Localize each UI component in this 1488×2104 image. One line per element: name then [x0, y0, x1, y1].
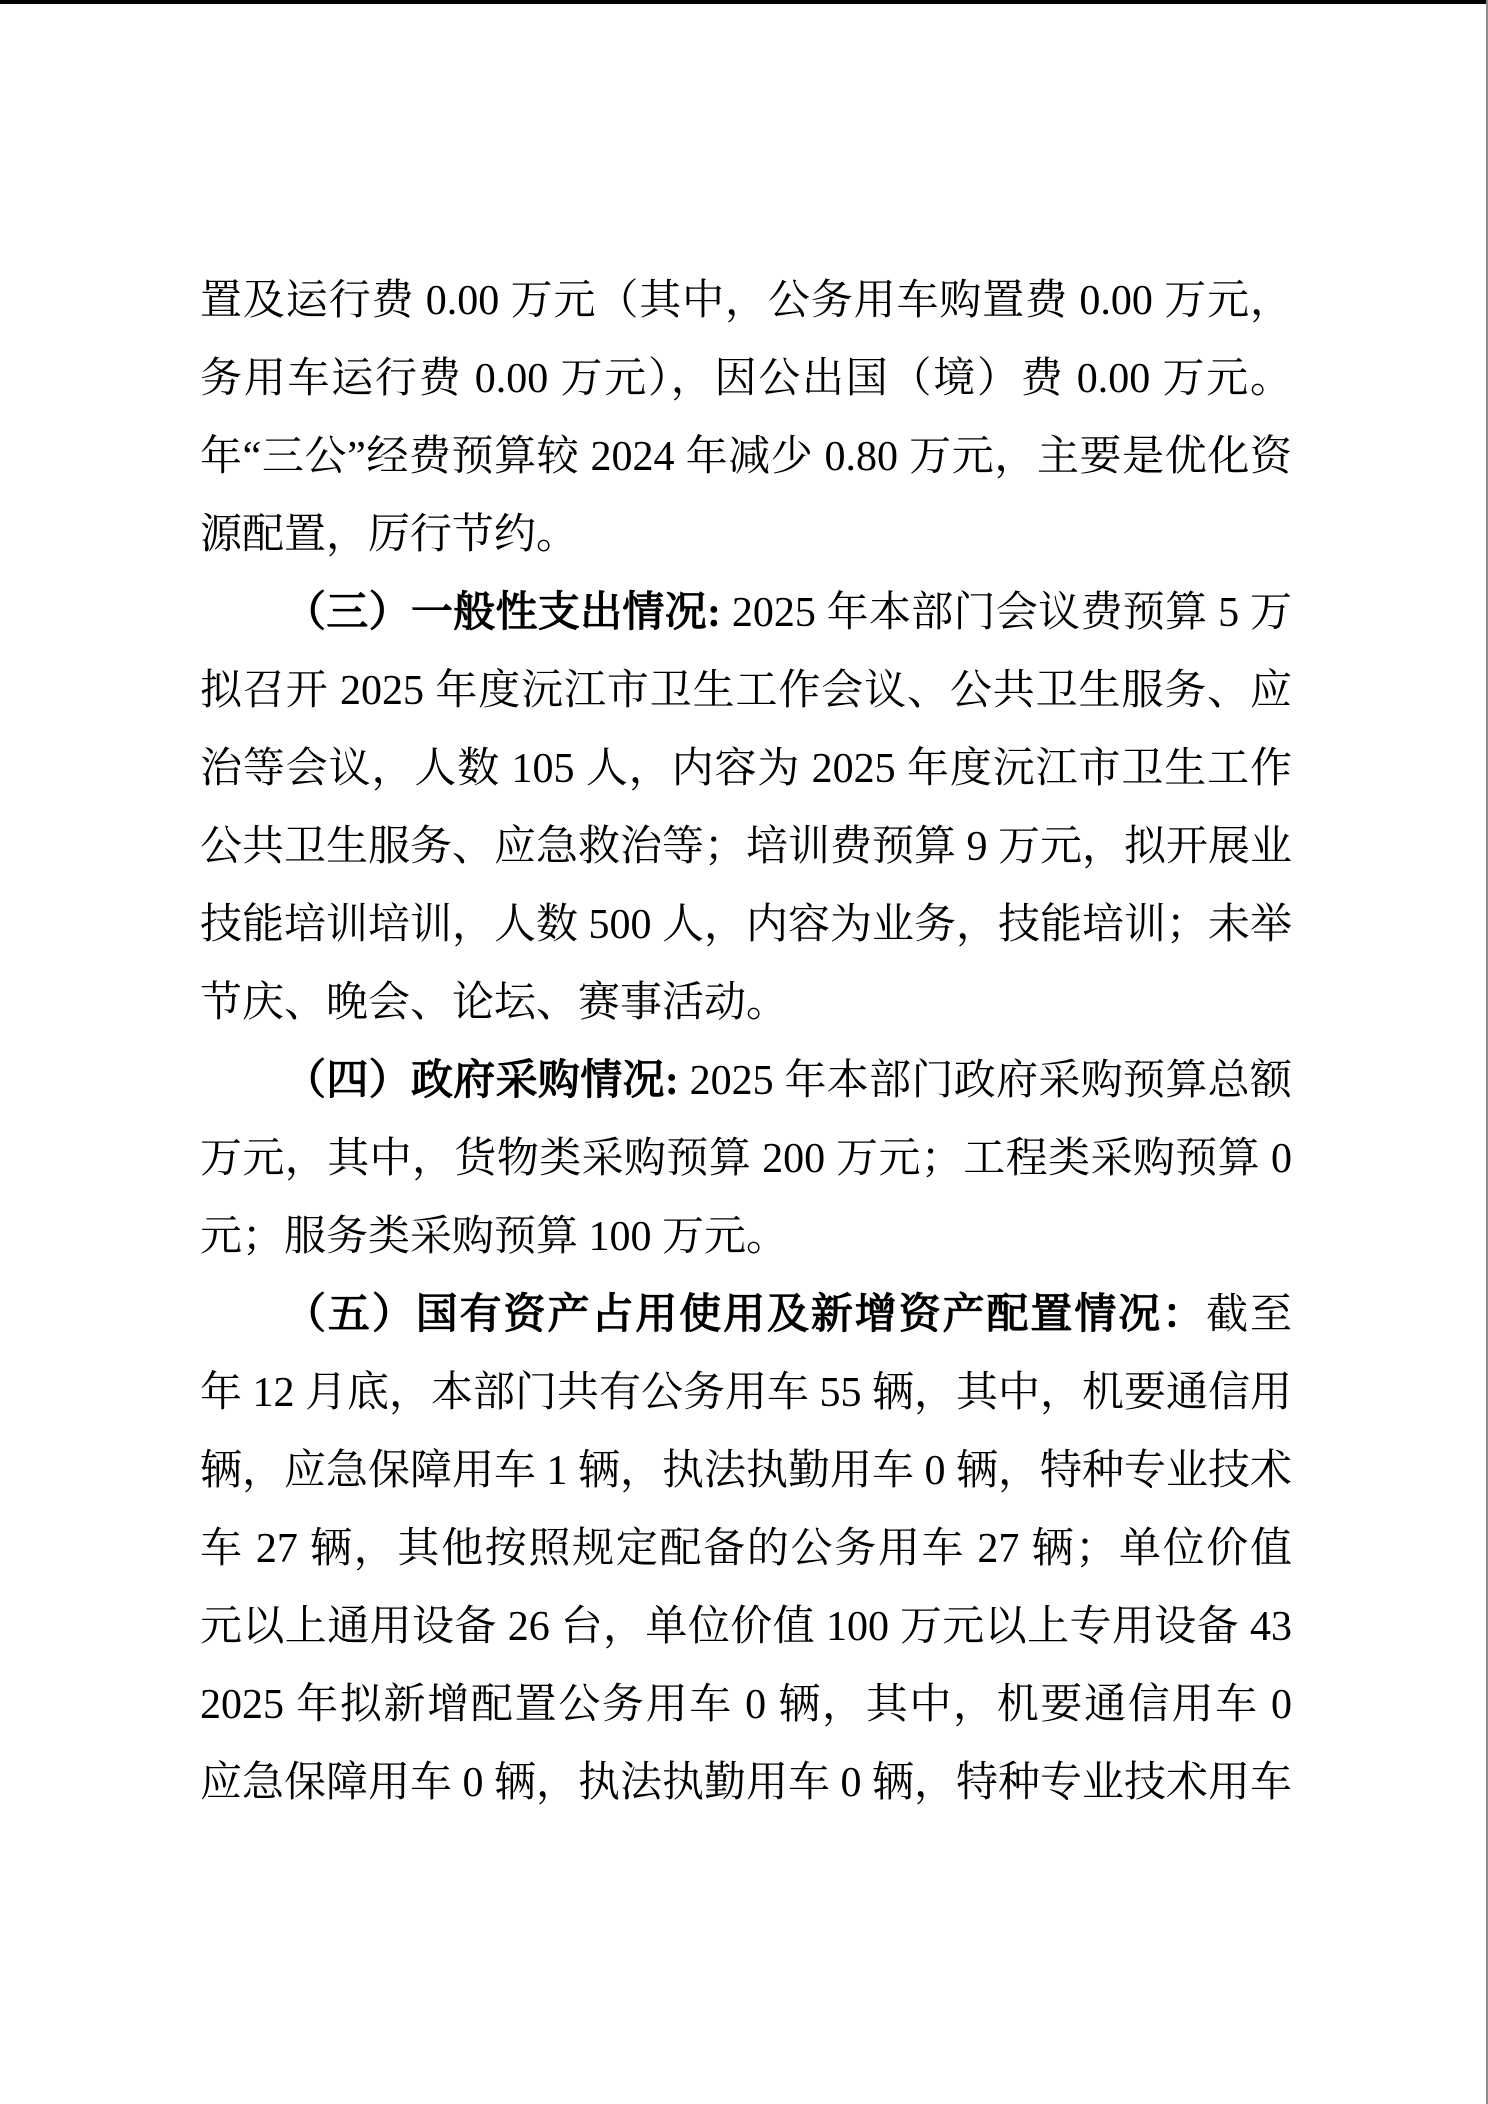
text-line: 务用车运行费 0.00 万元），因公出国（境）费 0.00 万元。2025: [200, 340, 1292, 418]
text-line: 源配置，厉行节约。: [200, 496, 1292, 574]
section-heading-bold: （三）一般性支出情况:: [284, 590, 721, 636]
text-line-text: 治等会议，人数 105 人，内容为 2025 年度沅江市卫生工作会议、: [200, 746, 1292, 808]
text-line: 拟召开 2025 年度沅江市卫生工作会议、公共卫生服务、应急救: [200, 652, 1292, 730]
text-line: 应急保障用车 0 辆，执法执勤用车 0 辆，特种专业技术用车 0: [200, 1744, 1292, 1822]
text-line: 万元，其中，货物类采购预算 200 万元；工程类采购预算 0 万: [200, 1120, 1292, 1198]
page-top-border: [0, 0, 1488, 4]
text-line-text: 务用车运行费 0.00 万元），因公出国（境）费 0.00 万元。2025: [200, 356, 1292, 418]
section-heading-bold: （四）政府采购情况:: [284, 1058, 679, 1104]
text-line-text: 元；服务类采购预算 100 万元。: [200, 1214, 788, 1260]
text-line-text: 辆，应急保障用车 1 辆，执法执勤用车 0 辆，特种专业技术用: [200, 1448, 1292, 1510]
text-line-text: 年 12 月底，本部门共有公务用车 55 辆，其中，机要通信用车 0: [200, 1370, 1292, 1432]
text-line: 年“三公”经费预算较 2024 年减少 0.80 万元，主要是优化资: [200, 418, 1292, 496]
text-line: 2025 年拟新增配置公务用车 0 辆，其中，机要通信用车 0 辆，: [200, 1666, 1292, 1744]
text-line: 元以上通用设备 26 台，单位价值 100 万元以上专用设备 43 台。: [200, 1588, 1292, 1666]
text-line-text: 2025 年拟新增配置公务用车 0 辆，其中，机要通信用车 0 辆，: [200, 1682, 1292, 1744]
section-heading-line-5: （五）国有资产占用使用及新增资产配置情况：截至 2024: [200, 1276, 1292, 1354]
text-line-text: 技能培训培训，人数 500 人，内容为业务，技能培训；未举办: [200, 902, 1292, 964]
section-heading-bold: （五）国有资产占用使用及新增资产配置情况：: [284, 1292, 1206, 1338]
text-line: 辆，应急保障用车 1 辆，执法执勤用车 0 辆，特种专业技术用: [200, 1432, 1292, 1510]
text-line: 年 12 月底，本部门共有公务用车 55 辆，其中，机要通信用车 0: [200, 1354, 1292, 1432]
text-line-text: 置及运行费 0.00 万元（其中，公务用车购置费 0.00 万元，公: [200, 278, 1292, 340]
text-line-text: 拟召开 2025 年度沅江市卫生工作会议、公共卫生服务、应急救: [200, 668, 1292, 730]
text-line-text: 节庆、晚会、论坛、赛事活动。: [200, 980, 788, 1026]
text-line-text: 应急保障用车 0 辆，执法执勤用车 0 辆，特种专业技术用车 0: [200, 1760, 1292, 1822]
text-line-text: 车 27 辆，其他按照规定配备的公务用车 27 辆；单位价值 50 万: [200, 1526, 1292, 1588]
text-line: 置及运行费 0.00 万元（其中，公务用车购置费 0.00 万元，公: [200, 262, 1292, 340]
text-line: 节庆、晚会、论坛、赛事活动。: [200, 964, 1292, 1042]
text-line: 车 27 辆，其他按照规定配备的公务用车 27 辆；单位价值 50 万: [200, 1510, 1292, 1588]
section-heading-line-4: （四）政府采购情况: 2025 年本部门政府采购预算总额 300: [200, 1042, 1292, 1120]
text-line: 技能培训培训，人数 500 人，内容为业务，技能培训；未举办: [200, 886, 1292, 964]
text-line-text: 万元，其中，货物类采购预算 200 万元；工程类采购预算 0 万: [200, 1136, 1292, 1198]
text-line-text: 公共卫生服务、应急救治等；培训费预算 9 万元，拟开展业务，: [200, 824, 1292, 886]
text-line: 治等会议，人数 105 人，内容为 2025 年度沅江市卫生工作会议、: [200, 730, 1292, 808]
text-line: 元；服务类采购预算 100 万元。: [200, 1198, 1292, 1276]
document-page: 置及运行费 0.00 万元（其中，公务用车购置费 0.00 万元，公 务用车运行…: [0, 0, 1488, 2104]
section-heading-line-3: （三）一般性支出情况: 2025 年本部门会议费预算 5 万元，: [200, 574, 1292, 652]
text-line-text: 源配置，厉行节约。: [200, 512, 578, 558]
document-text-block: 置及运行费 0.00 万元（其中，公务用车购置费 0.00 万元，公 务用车运行…: [200, 262, 1292, 1822]
text-line: 公共卫生服务、应急救治等；培训费预算 9 万元，拟开展业务，: [200, 808, 1292, 886]
text-line-text: 年“三公”经费预算较 2024 年减少 0.80 万元，主要是优化资: [200, 434, 1292, 480]
text-line-text: 元以上通用设备 26 台，单位价值 100 万元以上专用设备 43 台。: [200, 1604, 1292, 1666]
